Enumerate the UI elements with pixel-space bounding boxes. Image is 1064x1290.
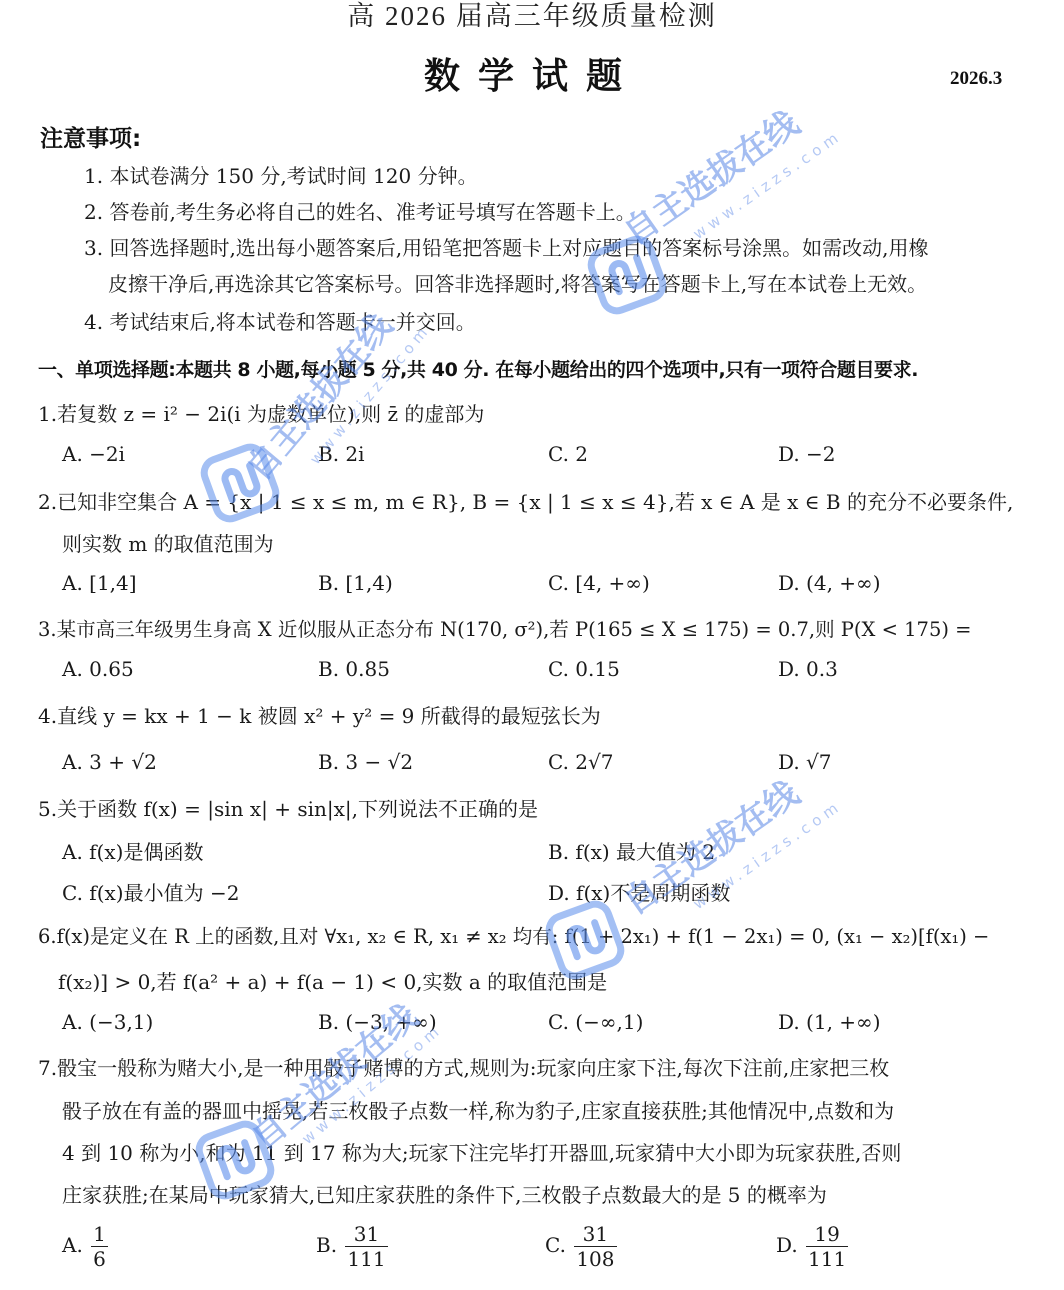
option-label: C. (545, 1233, 566, 1257)
fraction: 19111 (806, 1222, 848, 1271)
option-label: D. (776, 1233, 798, 1257)
question-5-stem: 5.关于函数 f(x) = |sin x| + sin|x|,下列说法不正确的是 (38, 793, 538, 822)
question-7-stem-line-4: 庄家获胜;在某局中玩家猜大,已知庄家获胜的条件下,三枚骰子点数最大的是 5 的概… (62, 1179, 827, 1208)
question-7-option-a[interactable]: A. 16 (62, 1222, 108, 1271)
fraction: 16 (91, 1222, 108, 1271)
note-item-1: 1. 本试卷满分 150 分,考试时间 120 分钟。 (84, 160, 478, 189)
numerator: 31 (581, 1222, 610, 1246)
question-7-option-d[interactable]: D. 19111 (776, 1222, 848, 1271)
watermark-url: www.zizzs.com (298, 1020, 446, 1148)
question-3-option-c[interactable]: C. 0.15 (548, 657, 620, 681)
question-number: 3. (38, 618, 57, 641)
numerator: 19 (812, 1222, 841, 1246)
question-5-option-d[interactable]: D. f(x)不是周期函数 (548, 877, 730, 906)
section-heading: 一、单项选择题:本题共 8 小题,每小题 5 分,共 40 分. 在每小题给出的… (38, 355, 918, 382)
question-2-option-a[interactable]: A. [1,4] (62, 571, 137, 595)
exam-page: 高 2026 届高三年级质量检测 数学试题 2026.3 注意事项: 1. 本试… (0, 0, 1064, 1290)
question-number: 5. (38, 797, 57, 821)
question-7-stem-line-2: 骰子放在有盖的器皿中摇晃,若三枚骰子点数一样,称为豹子,庄家直接获胜;其他情况中… (62, 1095, 894, 1124)
question-6-stem-cont: f(x₂)] > 0,若 f(a² + a) + f(a − 1) < 0,实数… (58, 966, 607, 995)
watermark-text: 自主选拔在线 (612, 97, 807, 254)
question-4-option-a[interactable]: A. 3 + √2 (62, 750, 157, 774)
numerator: 31 (352, 1222, 381, 1246)
question-4-option-b[interactable]: B. 3 − √2 (318, 750, 413, 774)
question-4-stem: 4.直线 y = kx + 1 − k 被圆 x² + y² = 9 所截得的最… (38, 700, 601, 729)
question-number: 7. (38, 1056, 57, 1080)
question-number: 2. (38, 490, 57, 514)
question-text: 关于函数 f(x) = |sin x| + sin|x|,下列说法不正确的是 (57, 797, 538, 821)
note-item-3: 3. 回答选择题时,选出每小题答案后,用铅笔把答题卡上对应题目的答案标号涂黑。如… (84, 232, 929, 261)
option-label: A. (62, 1233, 83, 1257)
question-7-option-c[interactable]: C. 31108 (545, 1222, 617, 1271)
question-number: 1. (38, 402, 57, 426)
option-label: B. (316, 1233, 337, 1257)
question-5-option-a[interactable]: A. f(x)是偶函数 (62, 836, 203, 865)
note-item-2: 2. 答卷前,考生务必将自己的姓名、准考证号填写在答题卡上。 (84, 196, 636, 225)
question-text: 直线 y = kx + 1 − k 被圆 x² + y² = 9 所截得的最短弦… (57, 704, 601, 728)
page-title: 数学试题 (0, 48, 1064, 99)
note-item-4: 4. 考试结束后,将本试卷和答题卡一并交回。 (84, 306, 476, 335)
question-3-option-b[interactable]: B. 0.85 (318, 657, 390, 681)
question-6-option-a[interactable]: A. (−3,1) (62, 1010, 153, 1034)
question-7-option-b[interactable]: B. 31111 (316, 1222, 388, 1271)
question-text: 骰宝一般称为赌大小,是一种用骰子赌博的方式,规则为:玩家向庄家下注,每次下注前,… (57, 1056, 889, 1080)
question-text: f(x)是定义在 R 上的函数,且对 ∀x₁, x₂ ∈ R, x₁ ≠ x₂ … (57, 925, 990, 948)
fraction: 31111 (345, 1222, 387, 1271)
denominator: 111 (806, 1247, 848, 1271)
question-1-option-a[interactable]: A. −2i (62, 442, 125, 466)
question-2-option-b[interactable]: B. [1,4) (318, 571, 393, 595)
question-3-option-a[interactable]: A. 0.65 (62, 657, 134, 681)
question-5-option-b[interactable]: B. f(x) 最大值为 2 (548, 836, 715, 865)
exam-name: 高 2026 届高三年级质量检测 (0, 0, 1064, 33)
question-text: 若复数 z = i² − 2i(i 为虚数单位),则 z̄ 的虚部为 (57, 402, 484, 426)
denominator: 6 (91, 1247, 108, 1271)
note-item-3-cont: 皮擦干净后,再选涂其它答案标号。回答非选择题时,将答案写在答题卡上,写在本试卷上… (108, 268, 927, 297)
watermark-url: www.zizzs.com (690, 126, 846, 243)
question-6-option-b[interactable]: B. (−3, +∞) (318, 1010, 437, 1034)
question-2-option-d[interactable]: D. (4, +∞) (778, 571, 881, 595)
fraction: 31108 (574, 1222, 616, 1271)
question-1-stem: 1.若复数 z = i² − 2i(i 为虚数单位),则 z̄ 的虚部为 (38, 398, 484, 427)
question-7-stem: 7.骰宝一般称为赌大小,是一种用骰子赌博的方式,规则为:玩家向庄家下注,每次下注… (38, 1052, 889, 1081)
question-4-option-d[interactable]: D. √7 (778, 750, 832, 774)
question-6-option-d[interactable]: D. (1, +∞) (778, 1010, 881, 1034)
question-2-stem-cont: 则实数 m 的取值范围为 (62, 528, 274, 557)
question-2-option-c[interactable]: C. [4, +∞) (548, 571, 650, 595)
numerator: 1 (91, 1222, 108, 1246)
question-1-option-c[interactable]: C. 2 (548, 442, 588, 466)
question-4-option-c[interactable]: C. 2√7 (548, 750, 614, 774)
notes-title: 注意事项: (40, 120, 141, 153)
question-1-option-d[interactable]: D. −2 (778, 442, 836, 466)
question-2-stem: 2.已知非空集合 A = {x | 1 ≤ x ≤ m, m ∈ R}, B =… (38, 486, 1013, 515)
question-3-stem: 3.某市高三年级男生身高 X 近似服从正态分布 N(170, σ²),若 P(1… (38, 614, 972, 642)
question-1-option-b[interactable]: B. 2i (318, 442, 365, 466)
question-number: 4. (38, 704, 57, 728)
question-number: 6. (38, 925, 57, 948)
exam-date: 2026.3 (950, 68, 1002, 90)
question-text: 已知非空集合 A = {x | 1 ≤ x ≤ m, m ∈ R}, B = {… (57, 490, 1013, 514)
question-6-option-c[interactable]: C. (−∞,1) (548, 1010, 643, 1034)
question-6-stem: 6.f(x)是定义在 R 上的函数,且对 ∀x₁, x₂ ∈ R, x₁ ≠ x… (38, 921, 989, 949)
question-3-option-d[interactable]: D. 0.3 (778, 657, 838, 681)
question-text: 某市高三年级男生身高 X 近似服从正态分布 N(170, σ²),若 P(165… (57, 618, 972, 641)
denominator: 111 (345, 1247, 387, 1271)
question-5-option-c[interactable]: C. f(x)最小值为 −2 (62, 877, 239, 906)
question-7-stem-line-3: 4 到 10 称为小,和为 11 到 17 称为大;玩家下注完毕打开器皿,玩家猜… (62, 1137, 901, 1166)
denominator: 108 (574, 1247, 616, 1271)
